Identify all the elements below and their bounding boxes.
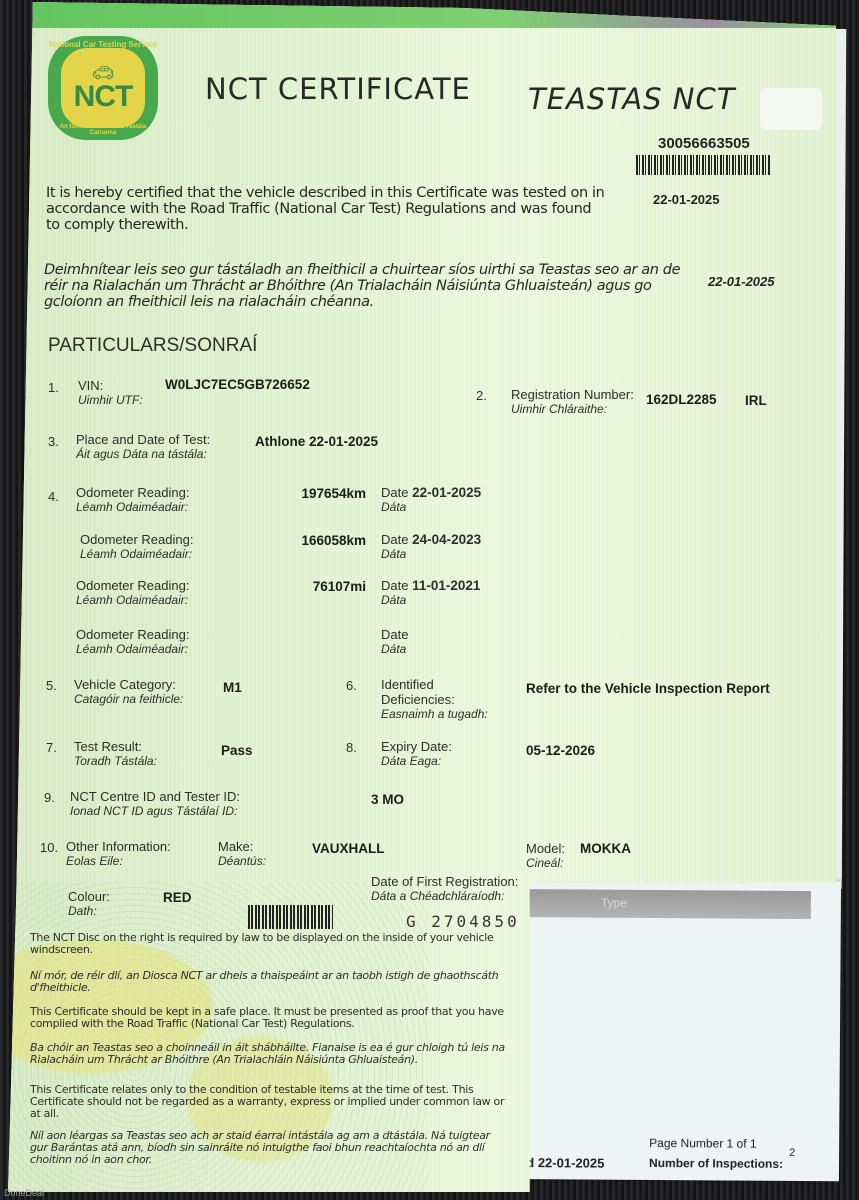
- field-number: 3.: [48, 434, 59, 449]
- field-number: 10.: [40, 840, 58, 855]
- registration-label: Registration Number: Uimhir Chláraithe:: [511, 387, 634, 416]
- other-label-ga: Eolas Eile:: [66, 854, 171, 868]
- date-label-ga: Dáta: [381, 547, 481, 561]
- centre-label-ga: Ionad NCT ID agus Tástálaí ID:: [70, 804, 240, 818]
- colour-label: Colour: Dath:: [68, 889, 110, 918]
- category-label-en: Vehicle Category:: [74, 677, 176, 692]
- odometer-date-label: Date 11-01-2021Dáta: [381, 578, 480, 607]
- footer-note: This Certificate relates only to the con…: [30, 1084, 510, 1120]
- odometer-date-value: 24-04-2023: [412, 532, 481, 547]
- model-label-ga: Cineál:: [526, 856, 565, 870]
- logo-inner: 🚗︎ NCT: [61, 48, 145, 128]
- field-number: 4.: [48, 489, 59, 504]
- centre-label: NCT Centre ID and Tester ID: Ionad NCT I…: [70, 789, 240, 818]
- model-label: Model: Cineál:: [526, 841, 565, 870]
- make-label: Make: Déantús:: [218, 839, 266, 868]
- centre-value: 3 MO: [371, 792, 404, 807]
- result-label: Test Result: Toradh Tástála:: [74, 739, 157, 768]
- odometer-label: Odometer Reading:Léamh Odaiméadair:: [80, 532, 193, 561]
- report-inspections-label: Number of Inspections:: [649, 1156, 783, 1171]
- place-date-label: Place and Date of Test: Áit agus Dáta na…: [76, 432, 210, 461]
- expiry-label-en: Expiry Date:: [381, 739, 452, 754]
- vin-value: W0LJC7EC5GB726652: [165, 377, 310, 392]
- odometer-label: Odometer Reading:Léamh Odaiméadair:: [76, 627, 189, 656]
- footer-note: The NCT Disc on the right is required by…: [30, 932, 510, 956]
- registration-label-en: Registration Number:: [511, 387, 634, 402]
- odometer-label-en: Odometer Reading:: [80, 532, 193, 547]
- footer-note: Ba chóir an Teastas seo a choinneáil in …: [30, 1042, 510, 1066]
- title-irish: TEASTAS NCT: [528, 82, 735, 116]
- odometer-label-ga: Léamh Odaiméadair:: [76, 642, 189, 656]
- odometer-label-en: Odometer Reading:: [76, 485, 189, 500]
- footer-note: This Certificate should be kept in a saf…: [30, 1006, 510, 1030]
- odometer-date-label: Date Dáta: [381, 627, 408, 656]
- vin-label-ga: Uimhir UTF:: [78, 393, 143, 407]
- logo-ring-bottom: An tSeirbhís Náisiúnta Tástála Carranna: [48, 124, 158, 136]
- footer-note: Ní mór, de réir dlí, an Diosca NCT ar dh…: [30, 970, 510, 994]
- date-label-en: Date: [381, 578, 408, 593]
- expiry-label-ga: Dáta Eaga:: [381, 754, 452, 768]
- date-label-ga: Dáta: [381, 642, 408, 656]
- field-number: 7.: [46, 740, 57, 755]
- certification-english: It is hereby certified that the vehicle …: [46, 185, 606, 233]
- deficiencies-label-en-2: Deficiencies:: [381, 692, 488, 707]
- make-label-ga: Déantús:: [218, 854, 266, 868]
- vin-label-en: VIN:: [78, 378, 103, 393]
- odometer-reading: 166058km: [301, 533, 366, 548]
- barcode-icon: [636, 155, 771, 175]
- report-header-band: [501, 889, 811, 919]
- odometer-label-ga: Léamh Odaiméadair:: [76, 500, 189, 514]
- logo-acronym: NCT: [74, 82, 133, 112]
- centre-label-en: NCT Centre ID and Tester ID:: [70, 789, 240, 804]
- odometer-date-label: Date 22-01-2025Dáta: [381, 485, 481, 514]
- odometer-label-ga: Léamh Odaiméadair:: [80, 547, 193, 561]
- result-label-ga: Toradh Tástála:: [74, 754, 157, 768]
- odometer-date-value: 22-01-2025: [412, 485, 481, 500]
- place-date-label-en: Place and Date of Test:: [76, 432, 210, 447]
- model-label-en: Model:: [526, 841, 565, 856]
- field-number: 8.: [346, 740, 357, 755]
- model-value: MOKKA: [580, 841, 631, 856]
- certificate-number: 30056663505: [658, 135, 750, 152]
- date-label-en: Date: [381, 485, 408, 500]
- disc-serial: G 2704850: [406, 912, 520, 931]
- field-number: 1.: [48, 380, 59, 395]
- odometer-label-en: Odometer Reading:: [76, 627, 189, 642]
- odometer-label-ga: Léamh Odaiméadair:: [76, 593, 189, 607]
- date-label-ga: Dáta: [381, 593, 480, 607]
- odometer-reading: 197654km: [301, 486, 366, 501]
- date-label-en: Date: [381, 627, 408, 642]
- field-number: 6.: [346, 678, 357, 693]
- deficiencies-value: Refer to the Vehicle Inspection Report: [526, 681, 770, 696]
- first-registration-label-ga: Dáta a Chéadchláraíodh:: [371, 889, 518, 903]
- result-label-en: Test Result:: [74, 739, 142, 754]
- category-label-ga: Catagóir na feithicle:: [74, 692, 183, 706]
- nct-logo: National Car Testing Service 🚗︎ NCT An t…: [48, 36, 158, 140]
- make-value: VAUXHALL: [312, 841, 385, 856]
- first-registration-label: Date of First Registration: Dáta a Chéad…: [371, 874, 518, 903]
- result-value: Pass: [221, 743, 253, 758]
- sticker-patch: [760, 88, 822, 130]
- category-label: Vehicle Category: Catagóir na feithicle:: [74, 677, 183, 706]
- field-number: 5.: [46, 678, 57, 693]
- registration-value: 162DL2285: [646, 392, 717, 407]
- place-date-label-ga: Áit agus Dáta na tástála:: [76, 447, 210, 461]
- certification-english-date: 22-01-2025: [653, 192, 720, 207]
- colour-value: RED: [163, 890, 192, 905]
- logo-ring-top: National Car Testing Service: [48, 40, 158, 49]
- report-type-label: Type: [601, 896, 627, 910]
- deficiencies-label: Identified Deficiencies: Easnaimh a tuga…: [381, 677, 488, 721]
- odometer-date-label: Date 24-04-2023Dáta: [381, 532, 481, 561]
- place-date-value: Athlone 22-01-2025: [255, 434, 378, 449]
- report-printed-date: ed 22-01-2025: [519, 1155, 604, 1171]
- first-registration-label-en: Date of First Registration:: [371, 874, 518, 889]
- certification-irish-date: 22-01-2025: [708, 274, 775, 289]
- field-number: 2.: [476, 388, 487, 403]
- expiry-value: 05-12-2026: [526, 743, 595, 758]
- colour-label-ga: Dath:: [68, 904, 110, 918]
- deficiencies-label-ga: Easnaimh a tugadh:: [381, 707, 488, 721]
- deficiencies-label-en: Identified: [381, 677, 488, 692]
- vin-label: VIN: Uimhir UTF:: [78, 378, 143, 407]
- odometer-date-value: 11-01-2021: [412, 578, 480, 593]
- other-label: Other Information: Eolas Eile:: [66, 839, 171, 868]
- make-label-en: Make:: [218, 839, 253, 854]
- watermark: DoneDeal: [4, 1188, 44, 1198]
- odometer-reading: 76107mi: [313, 579, 366, 594]
- title-english: NCT CERTIFICATE: [205, 72, 471, 106]
- registration-country: IRL: [745, 393, 767, 408]
- odometer-label: Odometer Reading:Léamh Odaiméadair:: [76, 578, 189, 607]
- odometer-label-en: Odometer Reading:: [76, 578, 189, 593]
- colour-label-en: Colour:: [68, 889, 110, 904]
- expiry-label: Expiry Date: Dáta Eaga:: [381, 739, 452, 768]
- field-number: 9.: [44, 790, 55, 805]
- report-inspections-value: 2: [789, 1147, 795, 1159]
- barcode-icon: [248, 905, 333, 929]
- date-label-en: Date: [381, 532, 408, 547]
- certificate-top-band: [8, 2, 836, 28]
- date-label-ga: Dáta: [381, 500, 481, 514]
- category-value: M1: [223, 680, 242, 695]
- certification-irish: Deimhnítear leis seo gur tástáladh an fh…: [44, 262, 694, 310]
- footer-note: Níl aon léargas sa Teastas seo ach ar st…: [30, 1130, 510, 1166]
- report-page-number: Page Number 1 of 1: [649, 1136, 757, 1151]
- section-title: PARTICULARS/SONRAÍ: [48, 335, 257, 357]
- odometer-label: Odometer Reading:Léamh Odaiméadair:: [76, 485, 189, 514]
- registration-label-ga: Uimhir Chláraithe:: [511, 402, 634, 416]
- other-label-en: Other Information:: [66, 839, 171, 854]
